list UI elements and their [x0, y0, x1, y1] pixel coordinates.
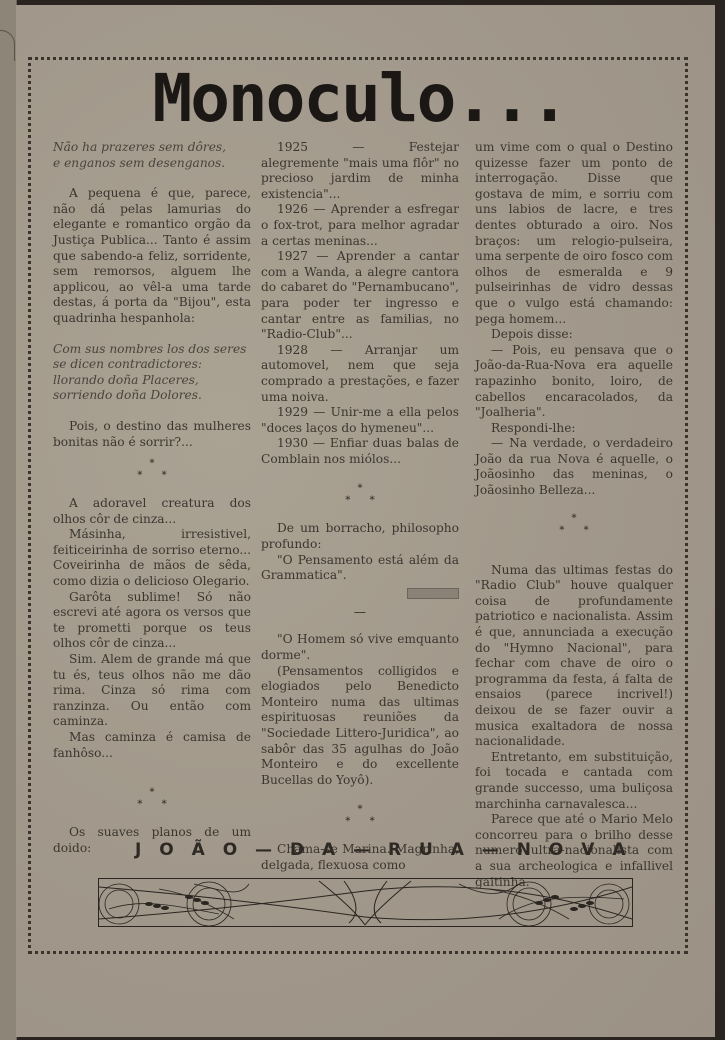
- paragraph: 1930 — Enfiar duas balas de Comblain nos…: [261, 436, 459, 467]
- asterism-top: *: [261, 483, 459, 495]
- paragraph: De um borracho, philosopho profundo:: [261, 521, 459, 552]
- paragraph: Respondi-lhe:: [475, 421, 673, 437]
- page-title: Monoculo...: [30, 66, 690, 132]
- spanish-verse: Com sus nombres los dos seres se dicen c…: [53, 342, 251, 404]
- paragraph: Depois disse:: [475, 327, 673, 343]
- printed-mark-icon: [407, 588, 459, 599]
- column-3: um vime com o qual o Destino quizesse fa…: [475, 140, 673, 890]
- paragraph: Pois, o destino das mulheres bonitas não…: [53, 419, 251, 450]
- wheat-ornament-icon: [98, 878, 633, 927]
- paragraph: Másinha, irresistivel, feiticeirinha de …: [53, 527, 251, 589]
- paragraph: 1929 — Unir-me a ella pelos "doces laços…: [261, 405, 459, 436]
- asterism-divider: * * *: [475, 513, 673, 537]
- column-1: Não ha prazeres sem dôres, e enganos sem…: [53, 140, 251, 856]
- adjacent-page-edge: [0, 0, 17, 1040]
- paragraph: A pequena é que, parece, não dá pelas la…: [53, 186, 251, 326]
- paragraph: Sim. Alem de grande má que tu és, teus o…: [53, 652, 251, 730]
- asterism-top: *: [475, 513, 673, 525]
- asterism-bottom: * *: [261, 816, 459, 828]
- page-curl-icon: [0, 30, 15, 61]
- column-2: 1925 — Festejar alegremente "mais uma fl…: [261, 140, 459, 874]
- paragraph: 1927 — Aprender a cantar com a Wanda, a …: [261, 249, 459, 343]
- verse-line: sorriendo doña Dolores.: [53, 388, 202, 402]
- asterism-divider: * * *: [261, 483, 459, 507]
- asterism-bottom: * *: [53, 799, 251, 811]
- paragraph: Mas caminza é camisa de fanhôso...: [53, 730, 251, 761]
- author-signature: J O Ã O — D A — R U A — N O V A: [135, 840, 595, 860]
- asterism-divider: * * *: [53, 787, 251, 811]
- epigraph: Não ha prazeres sem dôres, e enganos sem…: [53, 140, 251, 171]
- asterism-top: *: [53, 787, 251, 799]
- paragraph: (Pensamentos colligidos e elogiados pelo…: [261, 664, 459, 789]
- paragraph: Garôta sublime! Só não escrevi até agora…: [53, 590, 251, 652]
- paragraph: — Na verdade, o verdadeiro João da rua N…: [475, 436, 673, 498]
- dash-divider: —: [261, 605, 459, 621]
- paragraph: 1926 — Aprender a esfregar o fox-trot, p…: [261, 202, 459, 249]
- paragraph: um vime com o qual o Destino quizesse fa…: [475, 140, 673, 327]
- asterism-bottom: * *: [53, 470, 251, 482]
- verse-line: se dicen contradictores:: [53, 357, 202, 371]
- paragraph: 1925 — Festejar alegremente "mais uma fl…: [261, 140, 459, 202]
- verse-line: Com sus nombres los dos seres: [53, 342, 246, 356]
- asterism-top: *: [261, 804, 459, 816]
- paragraph: A adoravel creatura dos olhos côr de cin…: [53, 496, 251, 527]
- asterism-divider: * * *: [261, 804, 459, 828]
- paragraph: "O Pensamento está além da Grammatica".: [261, 553, 459, 584]
- paragraph: — Pois, eu pensava que o João-da-Rua-Nov…: [475, 343, 673, 421]
- epigraph-line: e enganos sem desenganos.: [53, 156, 225, 170]
- paragraph: "O Homem só vive emquanto dorme".: [261, 632, 459, 663]
- paragraph: 1928 — Arranjar um automovel, nem que se…: [261, 343, 459, 405]
- paragraph: Entretanto, em substituição, foi tocada …: [475, 750, 673, 812]
- verse-line: llorando doña Placeres,: [53, 373, 199, 387]
- asterism-bottom: * *: [475, 525, 673, 537]
- asterism-bottom: * *: [261, 495, 459, 507]
- asterism-divider: * * *: [53, 458, 251, 482]
- asterism-top: *: [53, 458, 251, 470]
- epigraph-line: Não ha prazeres sem dôres,: [53, 140, 226, 154]
- paragraph: Numa das ultimas festas do "Radio Club" …: [475, 563, 673, 750]
